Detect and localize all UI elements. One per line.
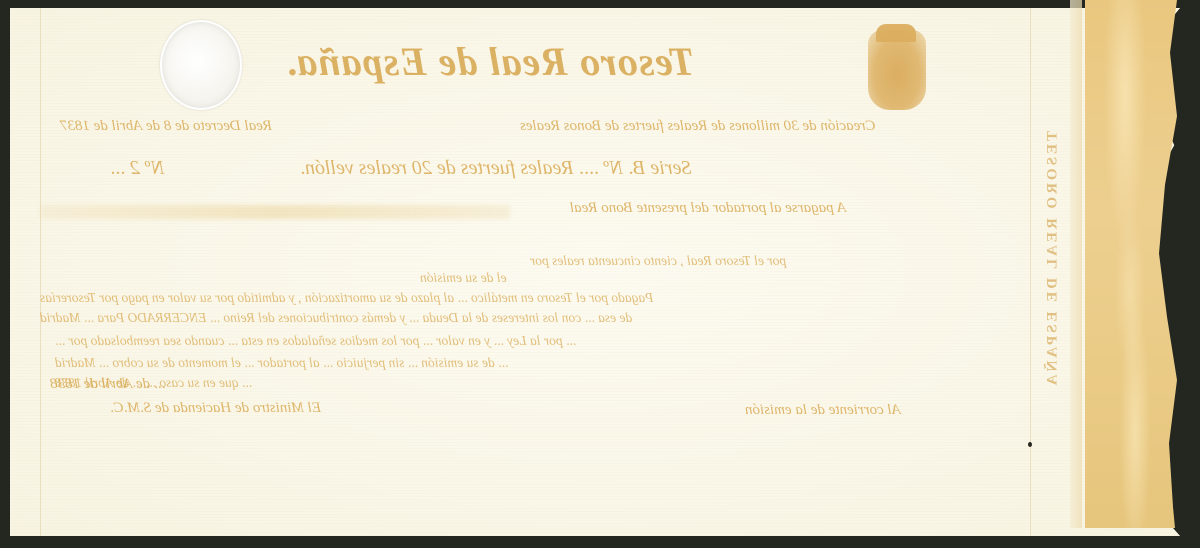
series-line: Serie B. Nº .... Reales fuertes de 20 re… xyxy=(300,157,691,180)
document-title: Tesoro Real de España. xyxy=(285,38,694,85)
counterfoil-stub xyxy=(1085,0,1185,528)
body-line: de esa ... con los intereses de la Deuda… xyxy=(40,310,632,326)
royal-crest-icon xyxy=(868,30,926,110)
left-margin-line xyxy=(40,8,41,536)
stub-stripe xyxy=(1070,0,1082,528)
faded-band xyxy=(40,205,510,219)
embossed-seal-icon xyxy=(160,20,242,110)
date-line: ... de Abril de 1838 xyxy=(50,376,165,393)
footer-note: Al corriente de la emisión xyxy=(745,402,901,419)
body-line: Pagado por el Tesoro en metálico ... al … xyxy=(40,290,653,306)
number-label: Nº 2 ... xyxy=(110,157,165,180)
signature-line: El Ministro de Hacienda de S.M.C. xyxy=(110,400,321,417)
stub-vertical-text: TESORO REAL DE ESPAÑA xyxy=(1040,40,1066,480)
payable-line: A pagarse al portador del presente Bono … xyxy=(570,200,846,217)
right-margin-line xyxy=(1030,8,1031,536)
body-line: por el Tesoro Real , ciento cincuenta re… xyxy=(530,253,786,269)
body-line: ... por la Ley ... y en valor ... por lo… xyxy=(55,333,576,349)
header-left: Creación de 30 millones de Reales fuerte… xyxy=(520,118,876,135)
ink-speck xyxy=(1028,442,1032,447)
body-line: el de su emisión xyxy=(420,270,507,286)
header-right: Real Decreto de 8 de Abril de 1837 xyxy=(60,118,272,135)
body-line: ... de su emisión ... sin perjuicio ... … xyxy=(55,355,508,371)
